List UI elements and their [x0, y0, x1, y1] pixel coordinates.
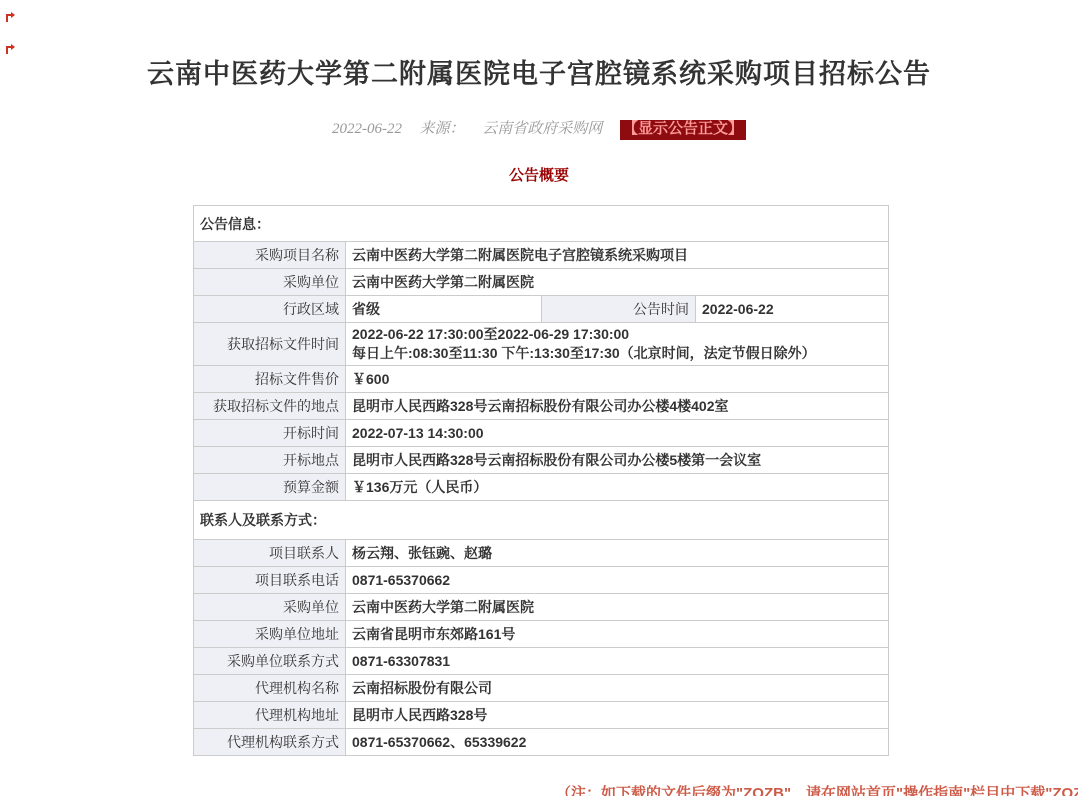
section-row-contact-info: 联系人及联系方式：: [194, 501, 889, 540]
value-cell: 2022-06-22: [696, 296, 889, 323]
value-cell: 0871-65370662、65339622: [346, 729, 889, 756]
publish-date: 2022-06-22: [332, 121, 402, 137]
section-header: 公告信息：: [194, 206, 889, 242]
label-cell: 采购单位: [194, 269, 346, 296]
table-row: 采购单位 云南中医药大学第二附属医院: [194, 269, 889, 296]
label-cell: 采购项目名称: [194, 242, 346, 269]
table-row: 开标时间 2022-07-13 14:30:00: [194, 420, 889, 447]
source-name: 云南省政府采购网: [482, 121, 602, 137]
value-cell: 云南招标股份有限公司: [346, 675, 889, 702]
label-cell: 采购单位联系方式: [194, 648, 346, 675]
value-cell: 0871-65370662: [346, 567, 889, 594]
value-cell: 昆明市人民西路328号: [346, 702, 889, 729]
label-cell: 采购单位地址: [194, 621, 346, 648]
show-full-text-button[interactable]: 【显示公告正文】: [620, 120, 746, 140]
doc-time-line1: 2022-06-22 17:30:00至2022-06-29 17:30:00: [352, 325, 882, 344]
label-cell: 开标时间: [194, 420, 346, 447]
value-cell: 云南中医药大学第二附属医院电子宫腔镜系统采购项目: [346, 242, 889, 269]
doc-time-line2: 每日上午:08:30至11:30 下午:13:30至17:30（北京时间，法定节…: [352, 344, 882, 363]
label-cell: 获取招标文件时间: [194, 323, 346, 366]
label-cell: 开标地点: [194, 447, 346, 474]
label-cell: 项目联系电话: [194, 567, 346, 594]
table-row-doc-time: 获取招标文件时间 2022-06-22 17:30:00至2022-06-29 …: [194, 323, 889, 366]
table-row: 采购单位联系方式 0871-63307831: [194, 648, 889, 675]
value-cell: 云南省昆明市东郊路161号: [346, 621, 889, 648]
label-cell: 行政区域: [194, 296, 346, 323]
value-cell: 2022-06-22 17:30:00至2022-06-29 17:30:00 …: [346, 323, 889, 366]
footer-note: （注：如下载的文件后缀为"ZOZB"，请在网站首页"操作指南"栏目中下载"ZOZ…: [556, 782, 1078, 796]
value-cell: 省级: [346, 296, 542, 323]
announcement-summary-table: 公告信息： 采购项目名称 云南中医药大学第二附属医院电子宫腔镜系统采购项目 采购…: [193, 205, 889, 756]
table-row: 预算金额 ￥136万元（人民币）: [194, 474, 889, 501]
section-heading-summary: 公告概要: [0, 164, 1078, 185]
value-cell: 2022-07-13 14:30:00: [346, 420, 889, 447]
table-row: 采购单位 云南中医药大学第二附属医院: [194, 594, 889, 621]
table-row: 采购单位地址 云南省昆明市东郊路161号: [194, 621, 889, 648]
value-cell: 昆明市人民西路328号云南招标股份有限公司办公楼5楼第一会议室: [346, 447, 889, 474]
table-row: 项目联系电话 0871-65370662: [194, 567, 889, 594]
table-row: 代理机构名称 云南招标股份有限公司: [194, 675, 889, 702]
table-row: 获取招标文件的地点 昆明市人民西路328号云南招标股份有限公司办公楼4楼402室: [194, 393, 889, 420]
value-cell: 云南中医药大学第二附属医院: [346, 269, 889, 296]
page-title: 云南中医药大学第二附属医院电子宫腔镜系统采购项目招标公告: [0, 52, 1078, 91]
label-cell: 公告时间: [542, 296, 696, 323]
value-cell: 云南中医药大学第二附属医院: [346, 594, 889, 621]
section-header: 联系人及联系方式：: [194, 501, 889, 540]
label-cell: 招标文件售价: [194, 366, 346, 393]
red-arrow-icon: [5, 10, 19, 24]
label-cell: 采购单位: [194, 594, 346, 621]
table-row: 招标文件售价 ￥600: [194, 366, 889, 393]
table-row-region-time: 行政区域 省级 公告时间 2022-06-22: [194, 296, 889, 323]
label-cell: 代理机构名称: [194, 675, 346, 702]
section-row-announce-info: 公告信息：: [194, 206, 889, 242]
table-row: 项目联系人 杨云翔、张钰豌、赵璐: [194, 540, 889, 567]
table-row: 代理机构地址 昆明市人民西路328号: [194, 702, 889, 729]
value-cell: 昆明市人民西路328号云南招标股份有限公司办公楼4楼402室: [346, 393, 889, 420]
table-row: 开标地点 昆明市人民西路328号云南招标股份有限公司办公楼5楼第一会议室: [194, 447, 889, 474]
label-cell: 代理机构联系方式: [194, 729, 346, 756]
label-cell: 预算金额: [194, 474, 346, 501]
value-cell: 杨云翔、张钰豌、赵璐: [346, 540, 889, 567]
value-cell: ￥600: [346, 366, 889, 393]
source-label: 来源：: [419, 121, 464, 137]
meta-line: 2022-06-22 来源： 云南省政府采购网 【显示公告正文】: [0, 117, 1078, 140]
value-cell: ￥136万元（人民币）: [346, 474, 889, 501]
table-row: 采购项目名称 云南中医药大学第二附属医院电子宫腔镜系统采购项目: [194, 242, 889, 269]
label-cell: 获取招标文件的地点: [194, 393, 346, 420]
table-row: 代理机构联系方式 0871-65370662、65339622: [194, 729, 889, 756]
value-cell: 0871-63307831: [346, 648, 889, 675]
label-cell: 项目联系人: [194, 540, 346, 567]
label-cell: 代理机构地址: [194, 702, 346, 729]
